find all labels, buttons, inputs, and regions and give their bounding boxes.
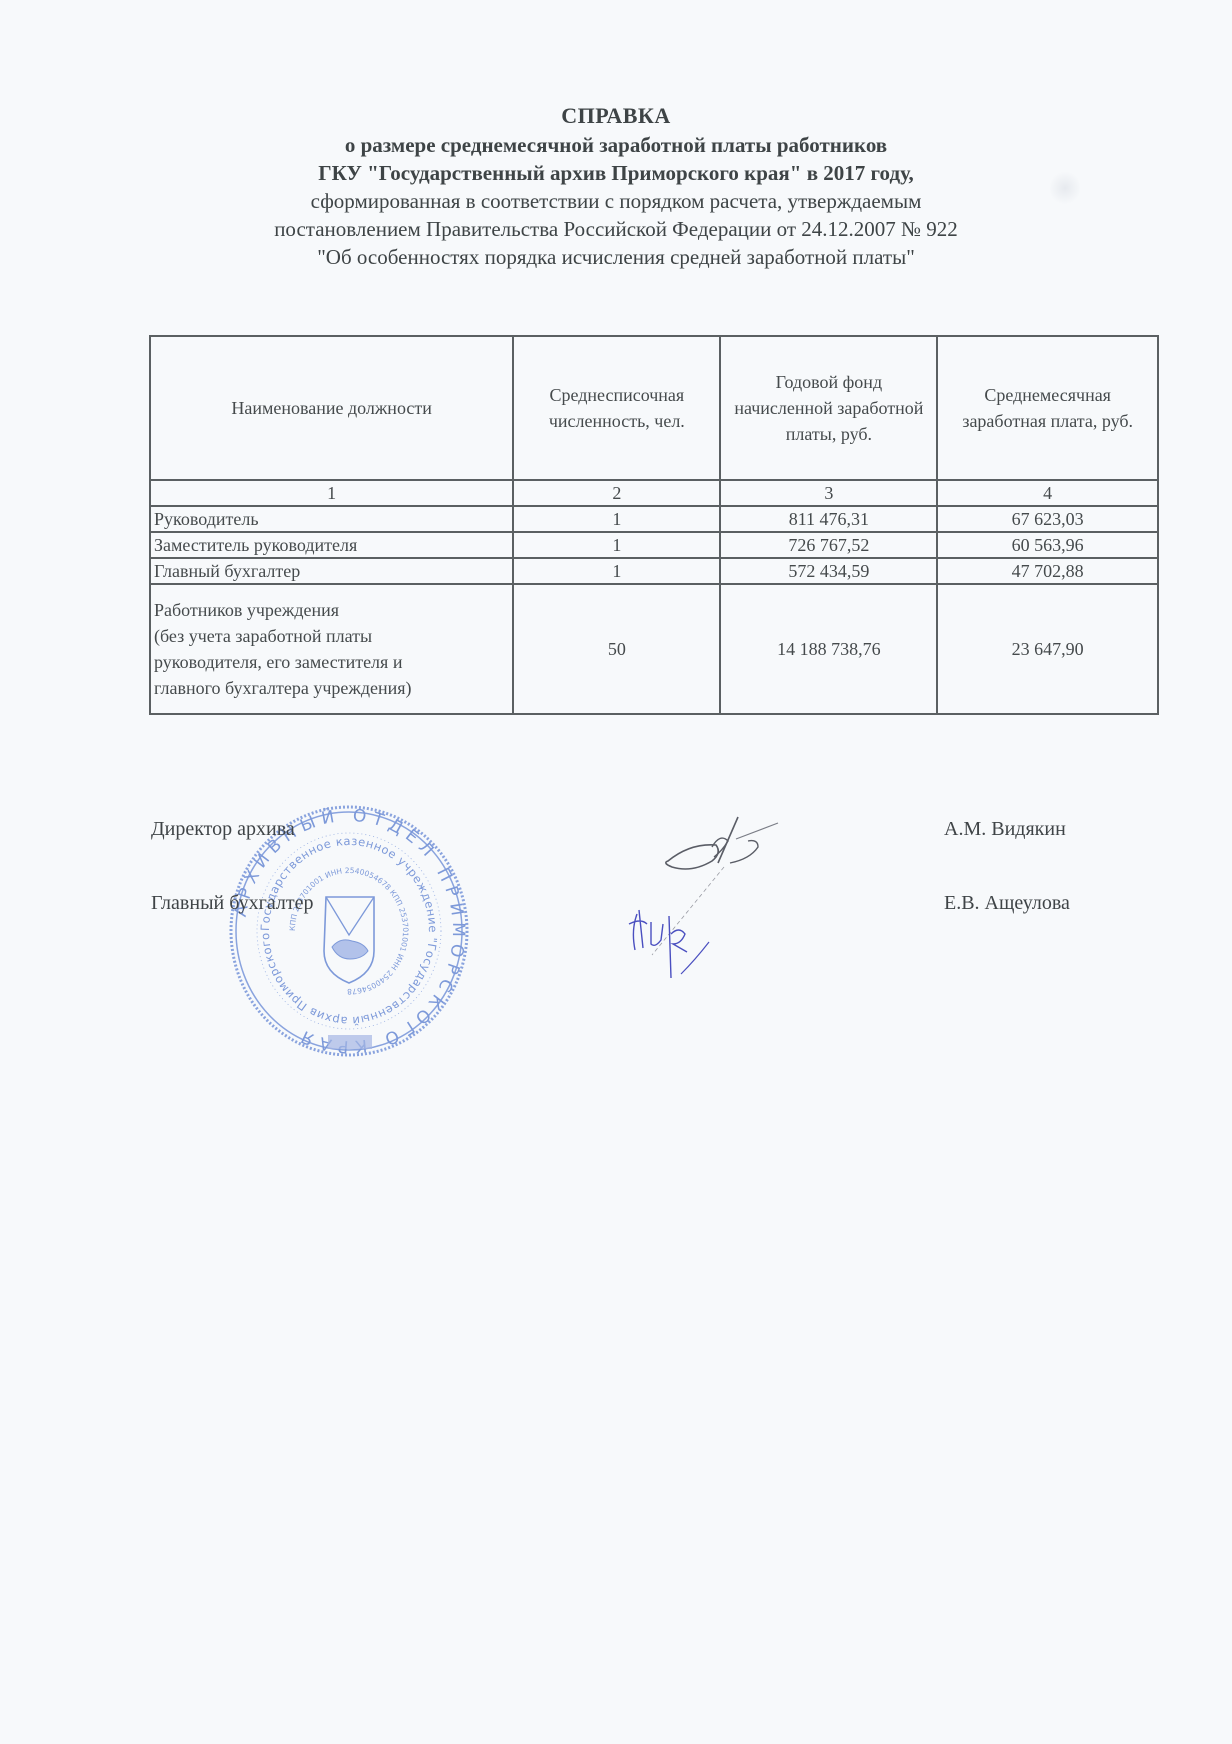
cell-monthly-avg: 67 623,03: [937, 506, 1158, 532]
signature-name-director: А.М. Видякин: [944, 818, 1066, 841]
cell-position: Работников учреждения (без учета заработ…: [150, 584, 513, 714]
official-stamp-icon: АРХИВНЫЙ ОТДЕЛ ПРИМОРСКОГО КРАЯ Государс…: [228, 805, 470, 1057]
cell-annual-fund: 811 476,31: [720, 506, 937, 532]
column-number: 1: [150, 480, 513, 506]
table-row: Работников учреждения (без учета заработ…: [150, 584, 1158, 714]
column-number: 2: [513, 480, 720, 506]
subtitle-line-2: ГКУ "Государственный архив Приморского к…: [0, 159, 1232, 187]
cell-annual-fund: 726 767,52: [720, 532, 937, 558]
header-monthly-avg: Среднемесячная заработная плата, руб.: [937, 336, 1158, 480]
table-row: Руководитель 1 811 476,31 67 623,03: [150, 506, 1158, 532]
position-line: главного бухгалтера учреждения): [154, 675, 509, 701]
column-number-row: 1 2 3 4: [150, 480, 1158, 506]
cell-annual-fund: 572 434,59: [720, 558, 937, 584]
position-line: руководителя, его заместителя и: [154, 649, 509, 675]
table-row: Главный бухгалтер 1 572 434,59 47 702,88: [150, 558, 1158, 584]
svg-text:КПП 253701001 ИНН 2540054678 К: КПП 253701001 ИНН 2540054678 КПП 2537010…: [288, 866, 410, 996]
subtitle-line-3: сформированная в соответствии с порядком…: [0, 187, 1232, 215]
cell-monthly-avg: 60 563,96: [937, 532, 1158, 558]
position-line: (без учета заработной платы: [154, 623, 509, 649]
column-number: 3: [720, 480, 937, 506]
cell-headcount: 1: [513, 558, 720, 584]
subtitle-line-5: "Об особенностях порядка исчисления сред…: [0, 243, 1232, 271]
cell-annual-fund: 14 188 738,76: [720, 584, 937, 714]
column-number: 4: [937, 480, 1158, 506]
cell-headcount: 50: [513, 584, 720, 714]
document-header: СПРАВКА о размере среднемесячной заработ…: [0, 101, 1232, 271]
cell-monthly-avg: 47 702,88: [937, 558, 1158, 584]
signature-role-accountant: Главный бухгалтер: [151, 892, 313, 915]
table-row: Заместитель руководителя 1 726 767,52 60…: [150, 532, 1158, 558]
cell-position: Главный бухгалтер: [150, 558, 513, 584]
cell-monthly-avg: 23 647,90: [937, 584, 1158, 714]
accountant-signature-icon: [625, 900, 745, 1010]
cell-headcount: 1: [513, 532, 720, 558]
document-title: СПРАВКА: [0, 101, 1232, 131]
subtitle-line-1: о размере среднемесячной заработной плат…: [0, 131, 1232, 159]
cell-position: Руководитель: [150, 506, 513, 532]
cell-headcount: 1: [513, 506, 720, 532]
header-position: Наименование должности: [150, 336, 513, 480]
position-line: Работников учреждения: [154, 597, 509, 623]
header-annual-fund: Годовой фонд начисленной заработной плат…: [720, 336, 937, 480]
signature-role-director: Директор архива: [151, 818, 295, 841]
header-headcount: Среднесписочная численность, чел.: [513, 336, 720, 480]
signature-name-accountant: Е.В. Ащеулова: [944, 892, 1070, 915]
table-header-row: Наименование должности Среднесписочная ч…: [150, 336, 1158, 480]
subtitle-line-4: постановлением Правительства Российской …: [0, 215, 1232, 243]
cell-position: Заместитель руководителя: [150, 532, 513, 558]
salary-table: Наименование должности Среднесписочная ч…: [149, 335, 1159, 715]
